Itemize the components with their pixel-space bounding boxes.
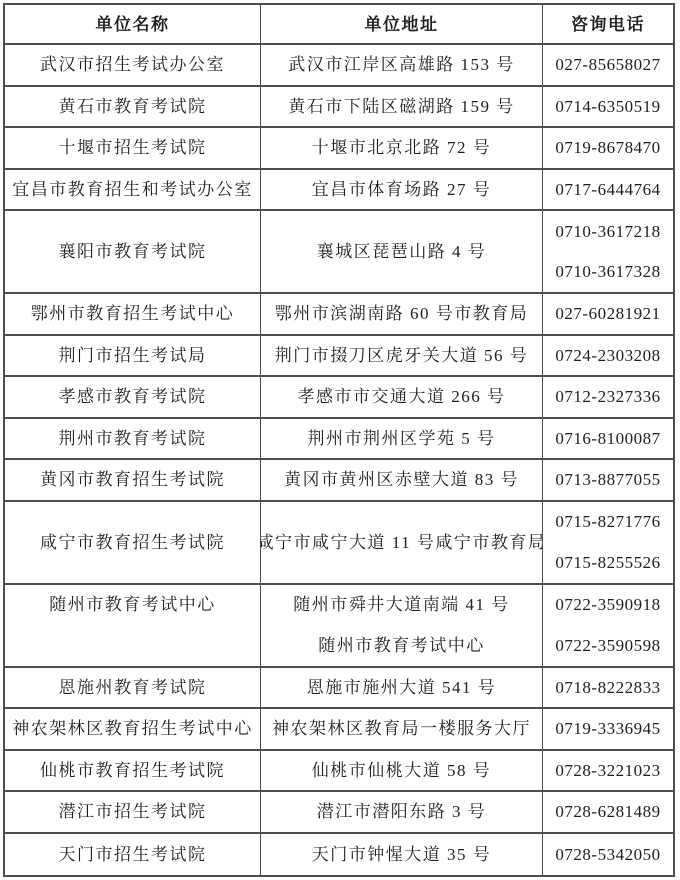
unit-name: 十堰市招生考试院 [59,139,207,156]
phone-cell: 0713-8877055 [543,460,673,502]
phone-number: 027-85658027 [555,56,660,73]
phone-number: 0728-5342050 [555,846,660,863]
column-header-label: 单位地址 [365,16,439,33]
phone-number: 0715-8255526 [555,554,660,571]
unit-name: 天门市招生考试院 [59,846,207,863]
unit-address-line: 荆州市荆州区学苑 5 号 [308,430,496,447]
column-header-label: 单位名称 [96,16,170,33]
unit-name-cell: 神农架林区教育招生考试中心 [5,709,261,751]
unit-address-cell: 十堰市北京北路 72 号 [261,128,543,170]
phone-cell: 0728-6281489 [543,792,673,834]
contact-table: 单位名称单位地址咨询电话武汉市招生考试办公室武汉市江岸区高雄路 153 号027… [3,3,675,877]
unit-address-cell: 黄冈市黄州区赤壁大道 83 号 [261,460,543,502]
unit-address-line: 宜昌市体育场路 27 号 [312,181,492,198]
phone-number: 0722-3590918 [555,596,660,613]
unit-address-cell: 恩施市施州大道 541 号 [261,668,543,710]
unit-address-line: 孝感市市交通大道 266 号 [298,388,506,405]
unit-address-cell: 咸宁市咸宁大道 11 号咸宁市教育局 [261,502,543,585]
unit-name: 襄阳市教育考试院 [59,243,207,260]
unit-address-cell: 孝感市市交通大道 266 号 [261,377,543,419]
unit-address-cell: 荆州市荆州区学苑 5 号 [261,419,543,461]
unit-name-cell: 襄阳市教育考试院 [5,211,261,294]
unit-address-line: 荆门市掇刀区虎牙关大道 56 号 [275,347,529,364]
column-header-name: 单位名称 [5,5,261,45]
phone-cell: 027-60281921 [543,294,673,336]
phone-number: 0716-8100087 [555,430,660,447]
phone-cell: 0715-82717760715-8255526 [543,502,673,585]
unit-name-cell: 咸宁市教育招生考试院 [5,502,261,585]
unit-address-cell: 鄂州市滨湖南路 60 号市教育局 [261,294,543,336]
unit-name: 黄冈市教育招生考试院 [40,471,225,488]
unit-address-cell: 仙桃市仙桃大道 58 号 [261,751,543,793]
unit-address-cell: 宜昌市体育场路 27 号 [261,170,543,212]
unit-address-line: 随州市教育考试中心 [318,637,485,654]
unit-address-cell: 武汉市江岸区高雄路 153 号 [261,45,543,87]
unit-address-cell: 神农架林区教育局一楼服务大厅 [261,709,543,751]
phone-cell: 0712-2327336 [543,377,673,419]
unit-name: 随州市教育考试中心 [49,596,216,613]
phone-number: 0722-3590598 [555,637,660,654]
unit-address-line: 武汉市江岸区高雄路 153 号 [288,56,515,73]
unit-name: 恩施州教育考试院 [59,679,207,696]
phone-number: 0717-6444764 [555,181,660,198]
unit-name-cell: 十堰市招生考试院 [5,128,261,170]
unit-name: 咸宁市教育招生考试院 [40,534,225,551]
phone-cell: 027-85658027 [543,45,673,87]
unit-address-cell: 襄城区琵琶山路 4 号 [261,211,543,294]
unit-name-cell: 荆门市招生考试局 [5,336,261,378]
unit-name: 孝感市教育考试院 [59,388,207,405]
phone-cell: 0714-6350519 [543,87,673,129]
unit-name: 仙桃市教育招生考试院 [40,762,225,779]
unit-address-cell: 潜江市潜阳东路 3 号 [261,792,543,834]
phone-number: 0724-2303208 [555,347,660,364]
phone-cell: 0724-2303208 [543,336,673,378]
phone-number: 0714-6350519 [555,98,660,115]
phone-cell: 0717-6444764 [543,170,673,212]
unit-name-cell: 潜江市招生考试院 [5,792,261,834]
phone-number: 0710-3617218 [555,223,660,240]
column-header-phone: 咨询电话 [543,5,673,45]
phone-number: 0710-3617328 [555,263,660,280]
unit-name: 武汉市招生考试办公室 [40,56,225,73]
phone-number: 0719-8678470 [555,139,660,156]
unit-address-line: 天门市钟惺大道 35 号 [312,846,492,863]
phone-cell: 0722-35909180722-3590598 [543,585,673,668]
phone-cell: 0728-3221023 [543,751,673,793]
unit-address-cell: 荆门市掇刀区虎牙关大道 56 号 [261,336,543,378]
unit-address-line: 潜江市潜阳东路 3 号 [317,803,487,820]
unit-name-cell: 武汉市招生考试办公室 [5,45,261,87]
unit-name: 荆州市教育考试院 [59,430,207,447]
unit-address-line: 咸宁市咸宁大道 11 号咸宁市教育局 [261,534,543,551]
phone-number: 0728-6281489 [555,803,660,820]
unit-name: 荆门市招生考试局 [59,347,207,364]
unit-address-line: 恩施市施州大道 541 号 [307,679,497,696]
unit-address-line: 仙桃市仙桃大道 58 号 [312,762,492,779]
phone-number: 0718-8222833 [555,679,660,696]
unit-name-cell: 恩施州教育考试院 [5,668,261,710]
unit-address-line: 襄城区琵琶山路 4 号 [317,243,487,260]
phone-cell: 0710-36172180710-3617328 [543,211,673,294]
document-page: 单位名称单位地址咨询电话武汉市招生考试办公室武汉市江岸区高雄路 153 号027… [0,0,680,880]
phone-number: 0728-3221023 [555,762,660,779]
column-header-label: 咨询电话 [571,16,645,33]
unit-address-cell: 黄石市下陆区磁湖路 159 号 [261,87,543,129]
unit-name-cell: 黄石市教育考试院 [5,87,261,129]
phone-cell: 0716-8100087 [543,419,673,461]
unit-address-line: 随州市舜井大道南端 41 号 [293,596,510,613]
unit-address-line: 鄂州市滨湖南路 60 号市教育局 [275,305,529,322]
unit-name-cell: 黄冈市教育招生考试院 [5,460,261,502]
phone-number: 0719-3336945 [555,720,660,737]
phone-cell: 0719-8678470 [543,128,673,170]
phone-number: 0712-2327336 [555,388,660,405]
unit-name: 宜昌市教育招生和考试办公室 [12,181,253,198]
unit-name: 潜江市招生考试院 [59,803,207,820]
unit-name-cell: 天门市招生考试院 [5,834,261,876]
phone-number: 0713-8877055 [555,471,660,488]
unit-address-line: 黄石市下陆区磁湖路 159 号 [288,98,515,115]
unit-address-line: 黄冈市黄州区赤壁大道 83 号 [284,471,519,488]
phone-number: 027-60281921 [555,305,660,322]
unit-name: 神农架林区教育招生考试中心 [12,720,253,737]
column-header-address: 单位地址 [261,5,543,45]
unit-name: 鄂州市教育招生考试中心 [31,305,235,322]
unit-name-cell: 荆州市教育考试院 [5,419,261,461]
unit-name-cell: 宜昌市教育招生和考试办公室 [5,170,261,212]
unit-address-cell: 随州市舜井大道南端 41 号随州市教育考试中心 [261,585,543,668]
unit-address-line: 十堰市北京北路 72 号 [312,139,492,156]
unit-address-line: 神农架林区教育局一楼服务大厅 [272,720,531,737]
phone-cell: 0728-5342050 [543,834,673,876]
unit-name: 黄石市教育考试院 [59,98,207,115]
unit-name-cell: 随州市教育考试中心 [5,585,261,668]
phone-cell: 0719-3336945 [543,709,673,751]
unit-name-cell: 鄂州市教育招生考试中心 [5,294,261,336]
unit-address-cell: 天门市钟惺大道 35 号 [261,834,543,876]
phone-number: 0715-8271776 [555,513,660,530]
phone-cell: 0718-8222833 [543,668,673,710]
unit-name-cell: 仙桃市教育招生考试院 [5,751,261,793]
unit-name-cell: 孝感市教育考试院 [5,377,261,419]
